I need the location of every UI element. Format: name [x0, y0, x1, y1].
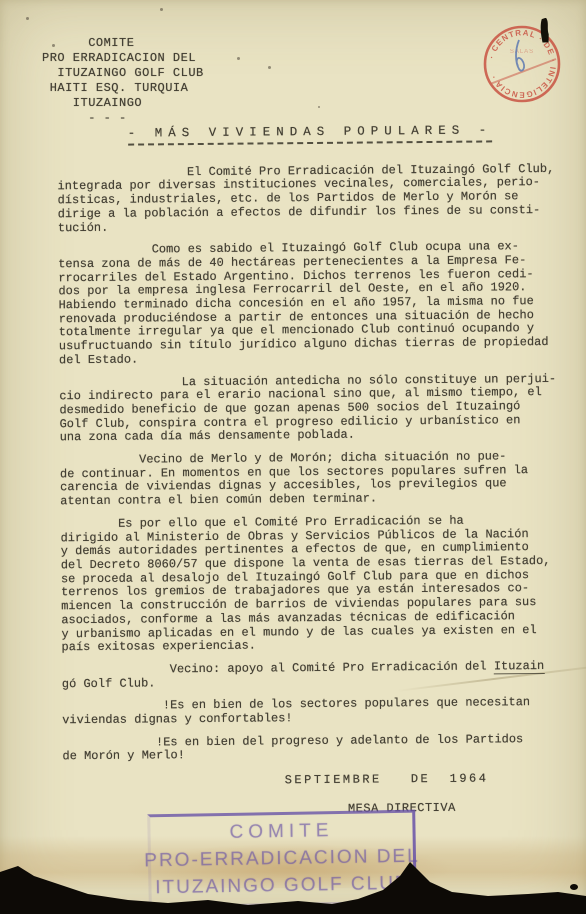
text-line: atentan contra el bien común deben termi…	[60, 491, 566, 509]
history-paragraph: Como es sabido el Ituzaingó Golf Club oc…	[58, 240, 565, 368]
letterhead-line: ITUZAINGO	[42, 96, 204, 111]
letterhead: COMITEPRO ERRADICACION DEL ITUZAINGO GOL…	[42, 36, 204, 126]
paper-speck	[160, 8, 163, 11]
paper-speck	[318, 106, 320, 108]
paper-speck	[26, 17, 29, 20]
ink-blob	[538, 18, 556, 46]
text-line: viviendas dignas y confortables!	[62, 710, 568, 728]
document-title: - MÁS VIVIENDAS POPULARES -	[57, 124, 563, 146]
torn-edge	[0, 852, 586, 914]
underlined-text: Ituzain	[494, 659, 545, 674]
committee-stamp-line: COMITE	[229, 820, 333, 844]
document-page: COMITEPRO ERRADICACION DEL ITUZAINGO GOL…	[0, 0, 586, 914]
intelligence-stamp-center-text: SALAS	[510, 49, 534, 55]
support-paragraph: Vecino: apoyo al Comité Pro Erradicación…	[62, 660, 568, 692]
action-paragraph: Es por ello que el Comité Pro Erradicaci…	[60, 514, 567, 655]
text-line: de Morón y Merlo!	[62, 746, 568, 764]
appeal-paragraph: Vecino de Merlo y de Morón; dicha situac…	[60, 450, 566, 509]
text-line: del Estado.	[59, 350, 565, 368]
slogan-housing-paragraph: !Es en bien de los sectores populares qu…	[62, 696, 568, 728]
letterhead-line: ITUZAINGO GOLF CLUB	[42, 66, 204, 81]
blue-signature-mark	[516, 40, 524, 71]
document-title-text: - MÁS VIVIENDAS POPULARES -	[128, 124, 493, 145]
paragraphs-container: El Comité Pro Erradicación del Ituzaingó…	[57, 163, 569, 819]
situation-paragraph: La situación antedicha no sólo constituy…	[59, 372, 566, 445]
document-body: - MÁS VIVIENDAS POPULARES - El Comité Pr…	[57, 124, 569, 819]
intro-paragraph: El Comité Pro Erradicación del Ituzaingó…	[57, 163, 564, 236]
text-line: SEPTIEMBRE DE 1964	[285, 772, 569, 788]
letterhead-line: HAITI ESQ. TURQUIA	[42, 81, 204, 96]
letterhead-line: COMITE	[42, 36, 204, 51]
intelligence-stamp-icon: · CENTRAL · DE · INTELIGENCIA · SALAS	[470, 14, 574, 114]
date-line: SEPTIEMBRE DE 1964	[285, 772, 569, 788]
letterhead-line: PRO ERRADICACION DEL	[42, 51, 204, 66]
text-line: gó Golf Club.	[62, 673, 568, 691]
slogan-progress-paragraph: !Es en bien del progreso y adelanto de l…	[62, 733, 568, 765]
text-line: una zona cada día más densamente poblada…	[60, 427, 566, 445]
letterhead-line: - - -	[42, 111, 204, 126]
text-line: país exitosas experiencias.	[61, 637, 567, 655]
paper-speck	[237, 57, 240, 60]
paper-speck	[268, 66, 271, 69]
